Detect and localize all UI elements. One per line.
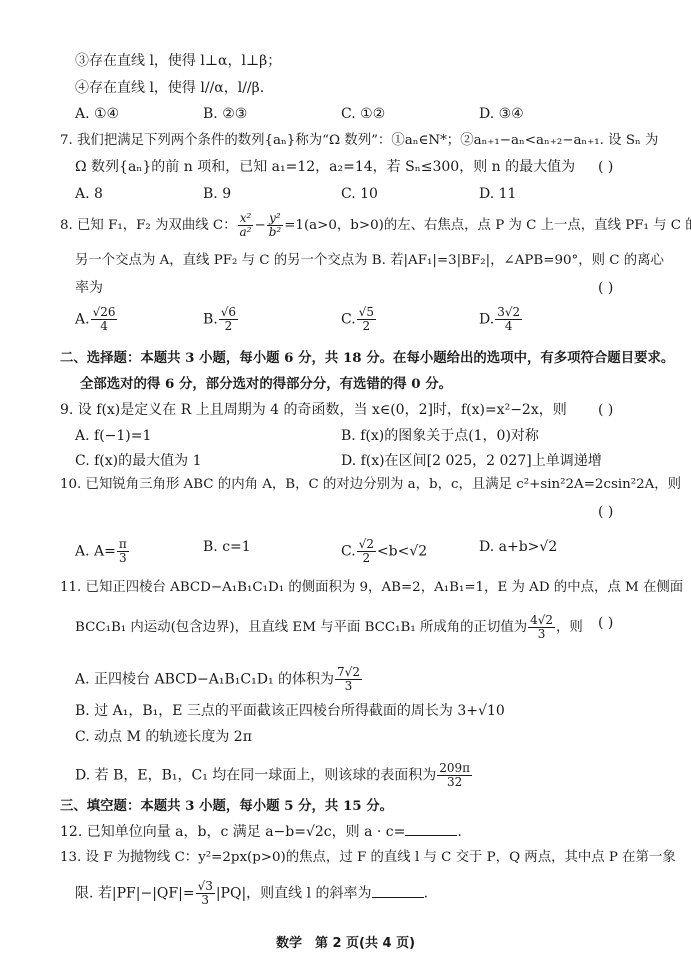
q8-fraction-y: y²b² xyxy=(267,212,284,239)
q10-answer-paren: ( ) xyxy=(598,503,613,521)
q7-option-a: A. 8 xyxy=(75,185,103,203)
section-2-heading: 二、选择题：本题共 3 小题，每小题 6 分，共 18 分。在每小题给出的选项中… xyxy=(60,349,674,367)
prev-question-statement-3: ③存在直线 l，使得 l⊥α，l⊥β； xyxy=(75,52,281,70)
q11-option-c: C. 动点 M 的轨迹长度为 2π xyxy=(75,728,252,746)
q11-answer-paren: ( ) xyxy=(598,614,613,632)
q7-option-d: D. 11 xyxy=(479,185,516,203)
q11-option-a: A. 正四棱台 ABCD−A₁B₁C₁D₁ 的体积为7√23 xyxy=(75,666,363,693)
q9-option-d: D. f(x)在区间[2 025，2 027]上单调递增 xyxy=(341,452,602,470)
q10-option-c: C.√22<b<√2 xyxy=(341,538,427,565)
q8-option-b: B.√62 xyxy=(203,306,239,333)
section-2-scoring: 全部选对的得 6 分，部分选对的得部分分，有选错的得 0 分。 xyxy=(80,375,452,393)
q9-stem: 9. 设 f(x)是定义在 R 上且周期为 4 的奇函数，当 x∈(0，2]时，… xyxy=(60,401,567,419)
q8-stem-line3: 率为 xyxy=(75,279,103,297)
q10-option-b: B. c=1 xyxy=(203,538,251,556)
q7-stem-line2: Ω 数列{aₙ}的前 n 项和，已知 a₁=12，a₂=14，若 Sₙ≤300，… xyxy=(75,158,575,176)
q8-option-a: A.√264 xyxy=(75,306,118,333)
q11-option-d: D. 若 B，E，B₁，C₁ 均在同一球面上，则该球的表面积为209π32 xyxy=(75,762,473,789)
q7-option-b: B. 9 xyxy=(203,185,231,203)
q8-option-c: C.√52 xyxy=(341,306,377,333)
prev-option-d: D. ③④ xyxy=(479,105,524,123)
q13-stem-line2: 限. 若|PF|−|QF|=√33|PQ|，则直线 l 的斜率为. xyxy=(75,880,428,907)
q8-fraction-x: x²a² xyxy=(238,212,254,239)
q8-stem-line1: 8. 已知 F₁，F₂ 为双曲线 C：x²a²−y²b²=1(a>0，b>0)的… xyxy=(60,212,691,239)
q8-answer-paren: ( ) xyxy=(598,279,613,297)
q12-answer-blank[interactable] xyxy=(405,823,457,836)
q9-option-a: A. f(−1)=1 xyxy=(75,427,151,445)
q8-stem-line2: 另一个交点为 A，直线 PF₂ 与 C 的另一个交点为 B. 若|AF₁|=3|… xyxy=(75,252,664,270)
q13-stem-line1: 13. 设 F 为抛物线 C：y²=2px(p>0)的焦点，过 F 的直线 l … xyxy=(60,849,676,867)
prev-option-a: A. ①④ xyxy=(75,105,119,123)
q10-option-d: D. a+b>√2 xyxy=(479,538,557,556)
q9-option-c: C. f(x)的最大值为 1 xyxy=(75,452,201,470)
section-3-heading: 三、填空题：本题共 3 小题，每小题 5 分，共 15 分。 xyxy=(60,797,393,815)
q9-answer-paren: ( ) xyxy=(598,401,613,419)
q9-option-b: B. f(x)的图象关于点(1，0)对称 xyxy=(341,427,539,445)
page-footer: 数学 第 2 页(共 4 页) xyxy=(0,932,691,951)
q10-stem: 10. 已知锐角三角形 ABC 的内角 A，B，C 的对边分别为 a，b，c，且… xyxy=(60,476,681,494)
q11-stem-line2: BCC₁B₁ 内运动(包含边界)，且直线 EM 与平面 BCC₁B₁ 所成角的正… xyxy=(75,614,583,641)
q7-option-c: C. 10 xyxy=(341,185,378,203)
q7-answer-paren: ( ) xyxy=(598,158,613,176)
q8-stem-pre: 8. 已知 F₁，F₂ 为双曲线 C： xyxy=(60,218,237,233)
q12-stem: 12. 已知单位向量 a，b，c 满足 a−b=√2c，则 a · c=. xyxy=(60,823,462,841)
prev-question-statement-4: ④存在直线 l，使得 l//α，l//β. xyxy=(75,79,264,97)
q11-stem-line1: 11. 已知正四棱台 ABCD−A₁B₁C₁D₁ 的侧面积为 9，AB=2，A₁… xyxy=(60,579,683,597)
prev-option-c: C. ①② xyxy=(341,105,385,123)
q8-option-d: D.3√24 xyxy=(479,306,523,333)
prev-option-b: B. ②③ xyxy=(203,105,247,123)
q10-option-a: A. A=π3 xyxy=(75,538,130,565)
q7-stem-line1: 7. 我们把满足下列两个条件的数列{aₙ}称为“Ω 数列”：①aₙ∈N*；②aₙ… xyxy=(60,132,658,150)
q13-answer-blank[interactable] xyxy=(372,885,424,898)
q8-stem-post: =1(a>0，b>0)的左、右焦点，点 P 为 C 上一点，直线 PF₁ 与 C… xyxy=(284,218,691,233)
q11-option-b: B. 过 A₁，B₁，E 三点的平面截该正四棱台所得截面的周长为 3+√10 xyxy=(75,702,505,720)
